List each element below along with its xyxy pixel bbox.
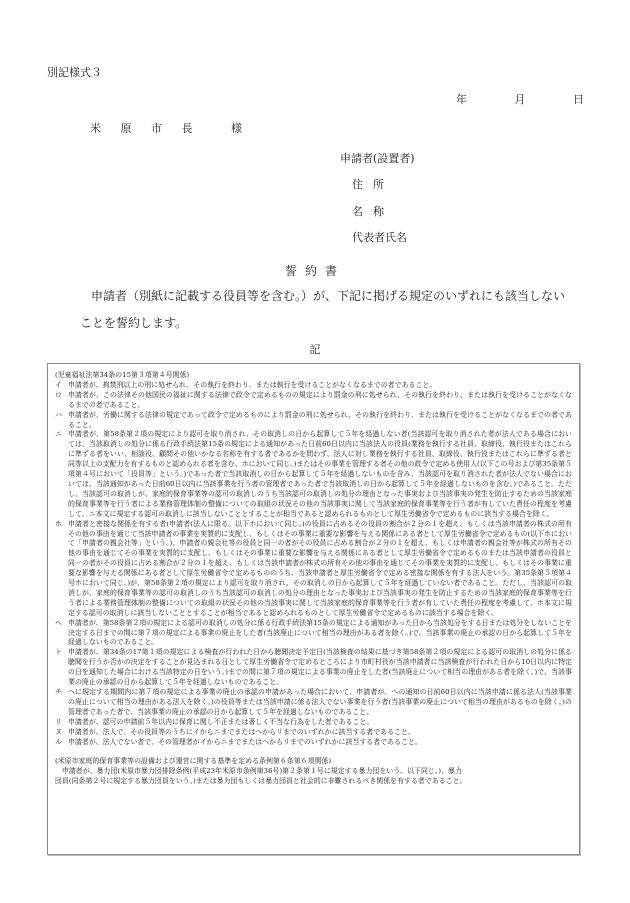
item-text: 申請者が、拘禁刑以上の刑に処せられ、その執行を終わり、または執行を受けることがな… [68, 381, 572, 391]
item-mark: ロ [55, 391, 68, 411]
item-text: 申請者が、法人でない者で、その管理者がイからニまでまたはへからリまでのいずれかに… [68, 738, 572, 748]
item-text: 申請者が、この法律その他国民の福祉に関する法律で政令で定めるものの規定により罰金… [68, 391, 572, 411]
condition-item-chi: チ へに規定する期間内に第７項の規定による事業の廃止の承認の申請があった場合にお… [55, 688, 572, 718]
date-month-label: 月 [515, 93, 526, 106]
conditions-box: (児童福祉法第34条の15第３項第４号関係) イ 申請者が、拘禁刑以上の刑に処せ… [47, 363, 580, 855]
applicant-representative-label: 代表者氏名 [352, 229, 407, 245]
item-text: 申請者が、第58条第２項の規定により認可を取り消され、その取消しの日から起算して… [68, 430, 572, 519]
item-text: 申請者と密接な関係を有する者(申請者(法人に限る。以下ホにおいて同じ。)の役員に… [68, 520, 572, 619]
item-text: 申請者が、法人で、その役員等のうちにイからニまでまたはへからリまでのいずれかに該… [68, 728, 572, 738]
applicant-title: 申請者(設置者) [340, 150, 415, 166]
form-number: 別記様式３ [47, 64, 102, 80]
condition-item-ho: ホ 申請者と密接な関係を有する者(申請者(法人に限る。以下ホにおいて同じ。)の役… [55, 520, 572, 619]
date-line: 年 月 日 [456, 91, 584, 107]
pledge-text-line-1: 申請者（別紙に記載する役員等を含む。）が、下記に掲げる規定のいずれにも該当しない [91, 287, 565, 304]
spacer [55, 747, 572, 757]
applicant-name-label: 名称 [352, 203, 394, 219]
condition-item-he: ヘ 申請者が、第58条第２項の規定による認可の取消しの処分に係る行政手続法第15… [55, 619, 572, 649]
item-mark: ト [55, 648, 68, 688]
applicant-address-label: 住所 [352, 176, 394, 192]
organized-crime-clause-line-1: 申請者が、暴力団(米原市暴力団排除条例(平成23年米原市条例第36号)第２条第１… [55, 767, 572, 777]
condition-item-nu: ヌ 申請者が、法人で、その役員等のうちにイからニまでまたはへからリまでのいずれか… [55, 728, 572, 738]
section-heading-city-ordinance: (米原市家庭的保育事業等の設備および運営に関する基準を定める条例第６条第６項関係… [55, 757, 572, 767]
item-text: 申請者が、第34条の17第１項の規定による検査が行われた日から聴聞決定予定日(当… [68, 648, 572, 688]
date-year-label: 年 [456, 93, 467, 106]
condition-item-ri: リ 申請者が、認可の申請前５年以内に保育に関し不正または著しく不当な行為をした者… [55, 718, 572, 728]
item-mark: イ [55, 381, 68, 391]
condition-item-ro: ロ 申請者が、この法律その他国民の福祉に関する法律で政令で定めるものの規定により… [55, 391, 572, 411]
organized-crime-clause-line-2: 団員(同条第２号に規定する暴力団員をいう。)または暴力団もしくは暴力団員と社会的… [55, 777, 572, 787]
item-mark: ニ [55, 430, 68, 519]
document-title: 誓約書 [0, 262, 630, 279]
condition-item-i: イ 申請者が、拘禁刑以上の刑に処せられ、その執行を終わり、または執行を受けること… [55, 381, 572, 391]
item-mark: ホ [55, 520, 68, 619]
item-text: へに規定する期間内に第７項の規定による事業の廃止の承認の申請があった場合において… [68, 688, 572, 718]
condition-item-ru: ル 申請者が、法人でない者で、その管理者がイからニまでまたはへからリまでのいずれ… [55, 738, 572, 748]
pledge-text-line-2: ことを誓約します。 [80, 314, 187, 331]
section-heading-child-welfare-act: (児童福祉法第34条の15第３項第４号関係) [55, 371, 572, 381]
ki-heading: 記 [0, 341, 630, 357]
addressee: 米 原 市 長 様 [90, 120, 250, 136]
item-mark: ル [55, 738, 68, 748]
item-mark: リ [55, 718, 68, 728]
condition-item-ni: ニ 申請者が、第58条第２項の規定により認可を取り消され、その取消しの日から起算… [55, 430, 572, 519]
condition-item-ha: ハ 申請者が、労働に関する法律の規定であって政令で定めるものにより罰金の刑に処せ… [55, 411, 572, 431]
item-mark: ハ [55, 411, 68, 431]
condition-item-to: ト 申請者が、第34条の17第１項の規定による検査が行われた日から聴聞決定予定日… [55, 648, 572, 688]
date-day-label: 日 [573, 93, 584, 106]
item-mark: ヌ [55, 728, 68, 738]
item-text: 申請者が、認可の申請前５年以内に保育に関し不正または著しく不当な行為をした者であ… [68, 718, 572, 728]
item-text: 申請者が、労働に関する法律の規定であって政令で定めるものにより罰金の刑に処せられ… [68, 411, 572, 431]
item-text: 申請者が、第58条第２項の規定による認可の取消しの処分に係る行政手続法第15条の… [68, 619, 572, 649]
item-mark: ヘ [55, 619, 68, 649]
item-mark: チ [55, 688, 68, 718]
